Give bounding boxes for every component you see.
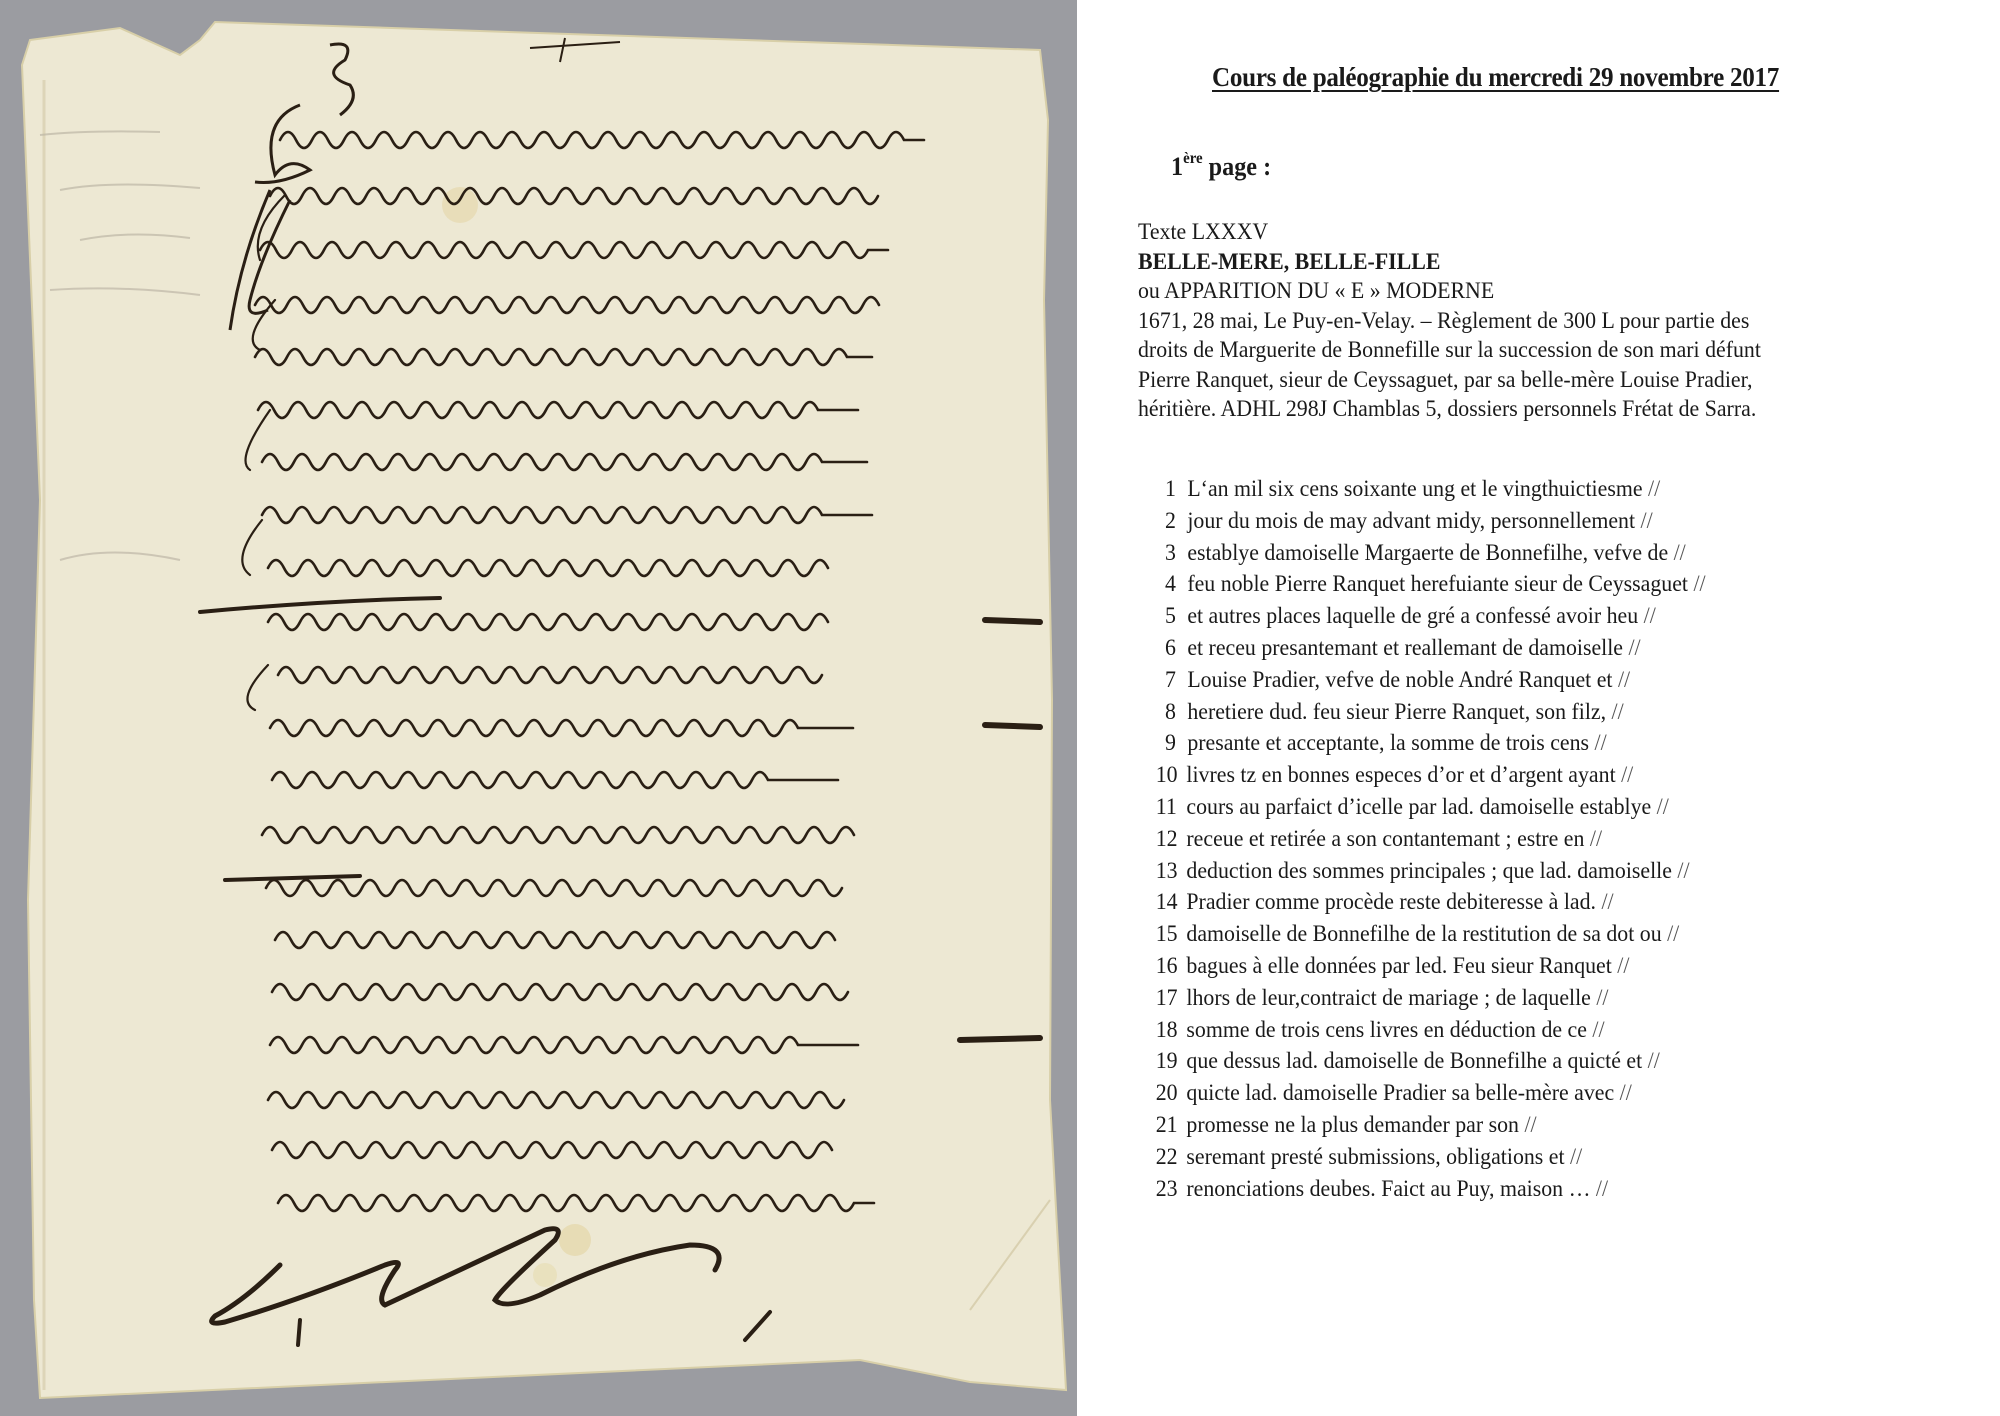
line-separator: // <box>1592 1017 1604 1043</box>
document-title: Cours de paléographie du mercredi 29 nov… <box>1212 62 1779 93</box>
transcription-line: 21promesse ne la plus demander par son /… <box>1165 1110 1909 1142</box>
line-separator: // <box>1644 603 1656 629</box>
summary-line: 1671, 28 mai, Le Puy-en-Velay. – Règleme… <box>1138 307 1919 337</box>
line-text: et autres places laquelle de gré a confe… <box>1187 603 1638 629</box>
page-heading-superscript: ère <box>1183 150 1203 167</box>
line-number: 18 <box>1156 1015 1187 1047</box>
line-separator: // <box>1617 953 1629 979</box>
transcription-line: 23renonciations deubes. Faict au Puy, ma… <box>1165 1174 1909 1206</box>
page-heading: 1ère page : <box>1171 150 1271 182</box>
transcription-line: 19que dessus lad. damoiselle de Bonnefil… <box>1165 1046 1909 1078</box>
line-separator: // <box>1674 540 1686 566</box>
summary-line: Pierre Ranquet, sieur de Ceyssaguet, par… <box>1138 366 1919 396</box>
line-text: Louise Pradier, vefve de noble André Ran… <box>1187 667 1612 693</box>
line-text: presante et acceptante, la somme de troi… <box>1187 730 1589 756</box>
transcription-document: Cours de paléographie du mercredi 29 nov… <box>1077 0 2000 1416</box>
line-number: 22 <box>1156 1142 1187 1174</box>
line-separator: // <box>1596 985 1608 1011</box>
transcription-line: 1L‘an mil six cens soixante ung et le vi… <box>1165 474 1909 506</box>
line-text: seremant presté submissions, obligations… <box>1186 1144 1564 1170</box>
line-text: cours au parfaict d’icelle par lad. damo… <box>1186 794 1651 820</box>
transcription-line: 11cours au parfaict d’icelle par lad. da… <box>1165 792 1909 824</box>
line-text: receue et retirée a son contantemant ; e… <box>1186 826 1584 852</box>
line-separator: // <box>1601 889 1613 915</box>
transcription-line: 15damoiselle de Bonnefilhe de la restitu… <box>1165 919 1909 951</box>
line-separator: // <box>1628 635 1640 661</box>
line-number: 1 <box>1165 474 1187 506</box>
transcription-line: 9presante et acceptante, la somme de tro… <box>1165 728 1909 760</box>
line-separator: // <box>1667 921 1679 947</box>
transcription-line: 4feu noble Pierre Ranquet herefuiante si… <box>1165 569 1909 601</box>
line-number: 23 <box>1156 1174 1187 1206</box>
line-number: 19 <box>1156 1046 1187 1078</box>
line-text: lhors de leur,contraict de mariage ; de … <box>1186 985 1590 1011</box>
line-number: 17 <box>1156 983 1187 1015</box>
manuscript-paper <box>0 0 1077 1416</box>
transcription-line: 5et autres places laquelle de gré a conf… <box>1165 601 1909 633</box>
line-separator: // <box>1620 1080 1632 1106</box>
line-text: et receu presantemant et reallemant de d… <box>1187 635 1623 661</box>
transcription-line: 6et receu presantemant et reallemant de … <box>1165 633 1909 665</box>
line-separator: // <box>1596 1176 1608 1202</box>
transcription-line: 3establye damoiselle Margaerte de Bonnef… <box>1165 538 1909 570</box>
line-separator: // <box>1641 508 1653 534</box>
line-number: 13 <box>1156 856 1187 888</box>
line-number: 21 <box>1156 1110 1187 1142</box>
transcription-line: 20quicte lad. damoiselle Pradier sa bell… <box>1165 1078 1909 1110</box>
summary-line: droits de Marguerite de Bonnefille sur l… <box>1138 336 1919 366</box>
text-subtitle: ou APPARITION DU « E » MODERNE <box>1138 277 1919 307</box>
line-text: establye damoiselle Margaerte de Bonnefi… <box>1187 540 1668 566</box>
line-separator: // <box>1524 1112 1536 1138</box>
line-number: 15 <box>1156 919 1187 951</box>
line-number: 8 <box>1165 697 1187 729</box>
line-separator: // <box>1693 571 1705 597</box>
line-separator: // <box>1677 858 1689 884</box>
line-separator: // <box>1595 730 1607 756</box>
line-separator: // <box>1612 699 1624 725</box>
transcription-line: 7Louise Pradier, vefve de noble André Ra… <box>1165 665 1909 697</box>
line-number: 16 <box>1156 951 1187 983</box>
line-separator: // <box>1621 762 1633 788</box>
line-separator: // <box>1657 794 1669 820</box>
line-separator: // <box>1648 476 1660 502</box>
line-number: 2 <box>1165 506 1187 538</box>
line-number: 20 <box>1156 1078 1187 1110</box>
summary-line: héritière. ADHL 298J Chamblas 5, dossier… <box>1138 395 1919 425</box>
line-number: 12 <box>1156 824 1187 856</box>
line-number: 6 <box>1165 633 1187 665</box>
transcription-line: 17lhors de leur,contraict de mariage ; d… <box>1165 983 1909 1015</box>
transcription-line: 18somme de trois cens livres en déductio… <box>1165 1015 1909 1047</box>
line-text: heretiere dud. feu sieur Pierre Ranquet,… <box>1187 699 1606 725</box>
line-text: livres tz en bonnes especes d’or et d’ar… <box>1186 762 1615 788</box>
line-text: somme de trois cens livres en déduction … <box>1186 1017 1587 1043</box>
text-header: Texte LXXXV BELLE-MERE, BELLE-FILLE ou A… <box>1138 218 1978 425</box>
transcription-lines: 1L‘an mil six cens soixante ung et le vi… <box>1165 474 1965 1205</box>
transcription-line: 8heretiere dud. feu sieur Pierre Ranquet… <box>1165 697 1909 729</box>
line-text: feu noble Pierre Ranquet herefuiante sie… <box>1187 571 1688 597</box>
transcription-line: 14Pradier comme procède reste debiteress… <box>1165 887 1909 919</box>
line-separator: // <box>1570 1144 1582 1170</box>
transcription-line: 10livres tz en bonnes especes d’or et d’… <box>1165 760 1909 792</box>
page-heading-number: 1 <box>1171 152 1183 181</box>
transcription-line: 2jour du mois de may advant midy, person… <box>1165 506 1909 538</box>
line-text: deduction des sommes principales ; que l… <box>1186 858 1672 884</box>
line-number: 3 <box>1165 538 1187 570</box>
line-text: quicte lad. damoiselle Pradier sa belle-… <box>1186 1080 1614 1106</box>
transcription-line: 13deduction des sommes principales ; que… <box>1165 856 1909 888</box>
line-text: jour du mois de may advant midy, personn… <box>1187 508 1635 534</box>
text-main-title: BELLE-MERE, BELLE-FILLE <box>1138 248 1919 278</box>
page-heading-label: page : <box>1203 152 1272 181</box>
line-separator: // <box>1648 1048 1660 1074</box>
line-number: 5 <box>1165 601 1187 633</box>
transcription-line: 22seremant presté submissions, obligatio… <box>1165 1142 1909 1174</box>
line-separator: // <box>1590 826 1602 852</box>
line-text: bagues à elle données par led. Feu sieur… <box>1186 953 1611 979</box>
line-number: 7 <box>1165 665 1187 697</box>
line-text: renonciations deubes. Faict au Puy, mais… <box>1186 1176 1590 1202</box>
line-text: damoiselle de Bonnefilhe de la restituti… <box>1186 921 1661 947</box>
line-text: que dessus lad. damoiselle de Bonnefilhe… <box>1186 1048 1642 1074</box>
line-text: Pradier comme procède reste debiteresse … <box>1186 889 1596 915</box>
line-number: 9 <box>1165 728 1187 760</box>
line-number: 10 <box>1156 760 1187 792</box>
line-number: 11 <box>1156 792 1187 824</box>
manuscript-photo <box>0 0 1077 1416</box>
transcription-line: 12receue et retirée a son contantemant ;… <box>1165 824 1909 856</box>
line-number: 14 <box>1156 887 1187 919</box>
text-id: Texte LXXXV <box>1138 218 1919 248</box>
line-text: L‘an mil six cens soixante ung et le vin… <box>1187 476 1642 502</box>
line-separator: // <box>1618 667 1630 693</box>
transcription-line: 16bagues à elle données par led. Feu sie… <box>1165 951 1909 983</box>
line-number: 4 <box>1165 569 1187 601</box>
line-text: promesse ne la plus demander par son <box>1186 1112 1519 1138</box>
